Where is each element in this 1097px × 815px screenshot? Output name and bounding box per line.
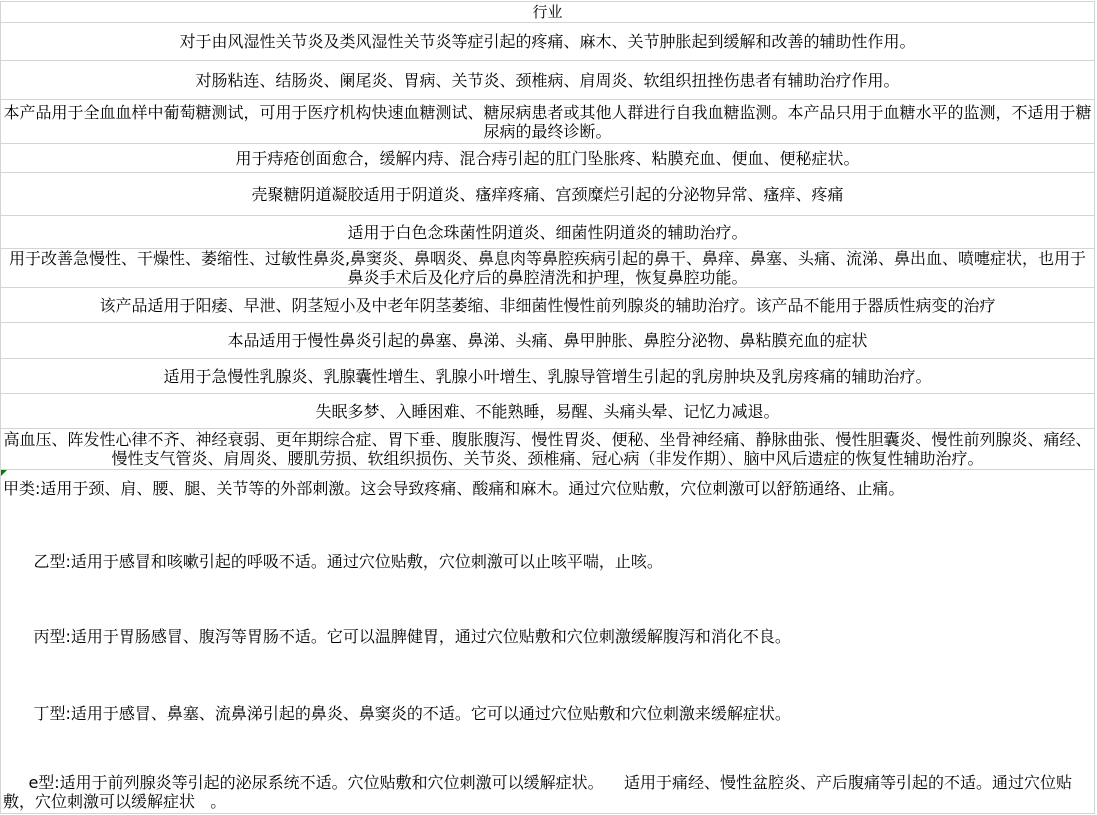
table-row: 本产品用于全血血样中葡萄糖测试，可用于医疗机构快速血糖测试、糖尿病患者或其他人群… (1, 100, 1094, 144)
table-cell[interactable]: 该产品适用于阳痿、早泄、阴茎短小及中老年阴茎萎缩、非细菌性慢性前列腺炎的辅助治疗… (1, 288, 1094, 322)
table-row: e型:适用于前列腺炎等引起的泌尿系统不适。穴位贴敷和穴位刺激可以缓解症状。 适用… (1, 725, 1094, 813)
table-row: 甲类:适用于颈、肩、腰、腿、关节等的外部刺激。这会导致疼痛、酸痛和麻木。通过穴位… (1, 470, 1094, 500)
table-cell[interactable]: 甲类:适用于颈、肩、腰、腿、关节等的外部刺激。这会导致疼痛、酸痛和麻木。通过穴位… (1, 470, 1094, 500)
table-cell[interactable]: 失眠多梦、入睡困难、不能熟睡，易醒、头痛头晕、记忆力减退。 (1, 394, 1094, 428)
table-cell[interactable]: 高血压、阵发性心律不齐、神经衰弱、更年期综合症、胃下垂、腹胀腹泻、慢性胃炎、便秘… (1, 429, 1094, 469)
table-cell[interactable]: 用于痔疮创面愈合，缓解内痔、混合痔引起的肛门坠胀疼、粘膜充血、便血、便秘症状。 (1, 144, 1094, 172)
table-row: 对肠粘连、结肠炎、阑尾炎、胃病、关节炎、颈椎病、肩周炎、软组织扭挫伤患者有辅助治… (1, 61, 1094, 100)
column-header-industry[interactable]: 行业 (1, 2, 1094, 22)
spreadsheet-table: 行业 对于由风湿性关节炎及类风湿性关节炎等症引起的疼痛、麻木、关节肿胀起到缓解和… (0, 1, 1095, 814)
table-row: 壳聚糖阴道凝胶适用于阴道炎、瘙痒疼痛、宫颈糜烂引起的分泌物异常、瘙痒、疼痛 (1, 173, 1094, 216)
table-cell[interactable]: 丙型:适用于胃肠感冒、腹泻等胃肠不适。它可以温脾健胃，通过穴位贴敷和穴位刺激缓解… (1, 573, 1094, 648)
table-row: 用于改善急慢性、干燥性、萎缩性、过敏性鼻炎,鼻窦炎、鼻咽炎、鼻息肉等鼻腔疾病引起… (1, 249, 1094, 288)
table-row: 适用于急慢性乳腺炎、乳腺囊性增生、乳腺小叶增生、乳腺导管增生引起的乳房肿块及乳房… (1, 359, 1094, 394)
table-cell[interactable]: 壳聚糖阴道凝胶适用于阴道炎、瘙痒疼痛、宫颈糜烂引起的分泌物异常、瘙痒、疼痛 (1, 173, 1094, 215)
table-row: 丙型:适用于胃肠感冒、腹泻等胃肠不适。它可以温脾健胃，通过穴位贴敷和穴位刺激缓解… (1, 573, 1094, 648)
table-row: 乙型:适用于感冒和咳嗽引起的呼吸不适。通过穴位贴敷，穴位刺激可以止咳平喘，止咳。 (1, 500, 1094, 573)
table-cell[interactable]: 本产品用于全血血样中葡萄糖测试，可用于医疗机构快速血糖测试、糖尿病患者或其他人群… (1, 100, 1094, 143)
table-cell[interactable]: 对肠粘连、结肠炎、阑尾炎、胃病、关节炎、颈椎病、肩周炎、软组织扭挫伤患者有辅助治… (1, 61, 1094, 99)
table-row: 该产品适用于阳痿、早泄、阴茎短小及中老年阴茎萎缩、非细菌性慢性前列腺炎的辅助治疗… (1, 288, 1094, 323)
table-cell[interactable]: 用于改善急慢性、干燥性、萎缩性、过敏性鼻炎,鼻窦炎、鼻咽炎、鼻息肉等鼻腔疾病引起… (1, 249, 1094, 287)
table-cell[interactable]: 本品适用于慢性鼻炎引起的鼻塞、鼻涕、头痛、鼻甲肿胀、鼻腔分泌物、鼻粘膜充血的症状 (1, 323, 1094, 358)
table-cell[interactable]: 对于由风湿性关节炎及类风湿性关节炎等症引起的疼痛、麻木、关节肿胀起到缓解和改善的… (1, 23, 1094, 60)
table-row: 适用于白色念珠菌性阴道炎、细菌性阴道炎的辅助治疗。 (1, 216, 1094, 249)
table-row: 高血压、阵发性心律不齐、神经衰弱、更年期综合症、胃下垂、腹胀腹泻、慢性胃炎、便秘… (1, 429, 1094, 470)
table-cell[interactable]: 适用于急慢性乳腺炎、乳腺囊性增生、乳腺小叶增生、乳腺导管增生引起的乳房肿块及乳房… (1, 359, 1094, 393)
table-row: 失眠多梦、入睡困难、不能熟睡，易醒、头痛头晕、记忆力减退。 (1, 394, 1094, 429)
table-cell[interactable]: 乙型:适用于感冒和咳嗽引起的呼吸不适。通过穴位贴敷，穴位刺激可以止咳平喘，止咳。 (1, 500, 1094, 573)
table-cell[interactable]: 适用于白色念珠菌性阴道炎、细菌性阴道炎的辅助治疗。 (1, 216, 1094, 248)
table-cell[interactable]: 丁型:适用于感冒、鼻塞、流鼻涕引起的鼻炎、鼻窦炎的不适。它可以通过穴位贴敷和穴位… (1, 648, 1094, 725)
table-cell[interactable]: e型:适用于前列腺炎等引起的泌尿系统不适。穴位贴敷和穴位刺激可以缓解症状。 适用… (1, 725, 1094, 813)
cell-error-indicator-icon (1, 470, 7, 476)
table-row: 对于由风湿性关节炎及类风湿性关节炎等症引起的疼痛、麻木、关节肿胀起到缓解和改善的… (1, 23, 1094, 61)
table-row: 丁型:适用于感冒、鼻塞、流鼻涕引起的鼻炎、鼻窦炎的不适。它可以通过穴位贴敷和穴位… (1, 648, 1094, 725)
column-header-row: 行业 (1, 2, 1094, 23)
table-row: 本品适用于慢性鼻炎引起的鼻塞、鼻涕、头痛、鼻甲肿胀、鼻腔分泌物、鼻粘膜充血的症状 (1, 323, 1094, 359)
table-row: 用于痔疮创面愈合，缓解内痔、混合痔引起的肛门坠胀疼、粘膜充血、便血、便秘症状。 (1, 144, 1094, 173)
